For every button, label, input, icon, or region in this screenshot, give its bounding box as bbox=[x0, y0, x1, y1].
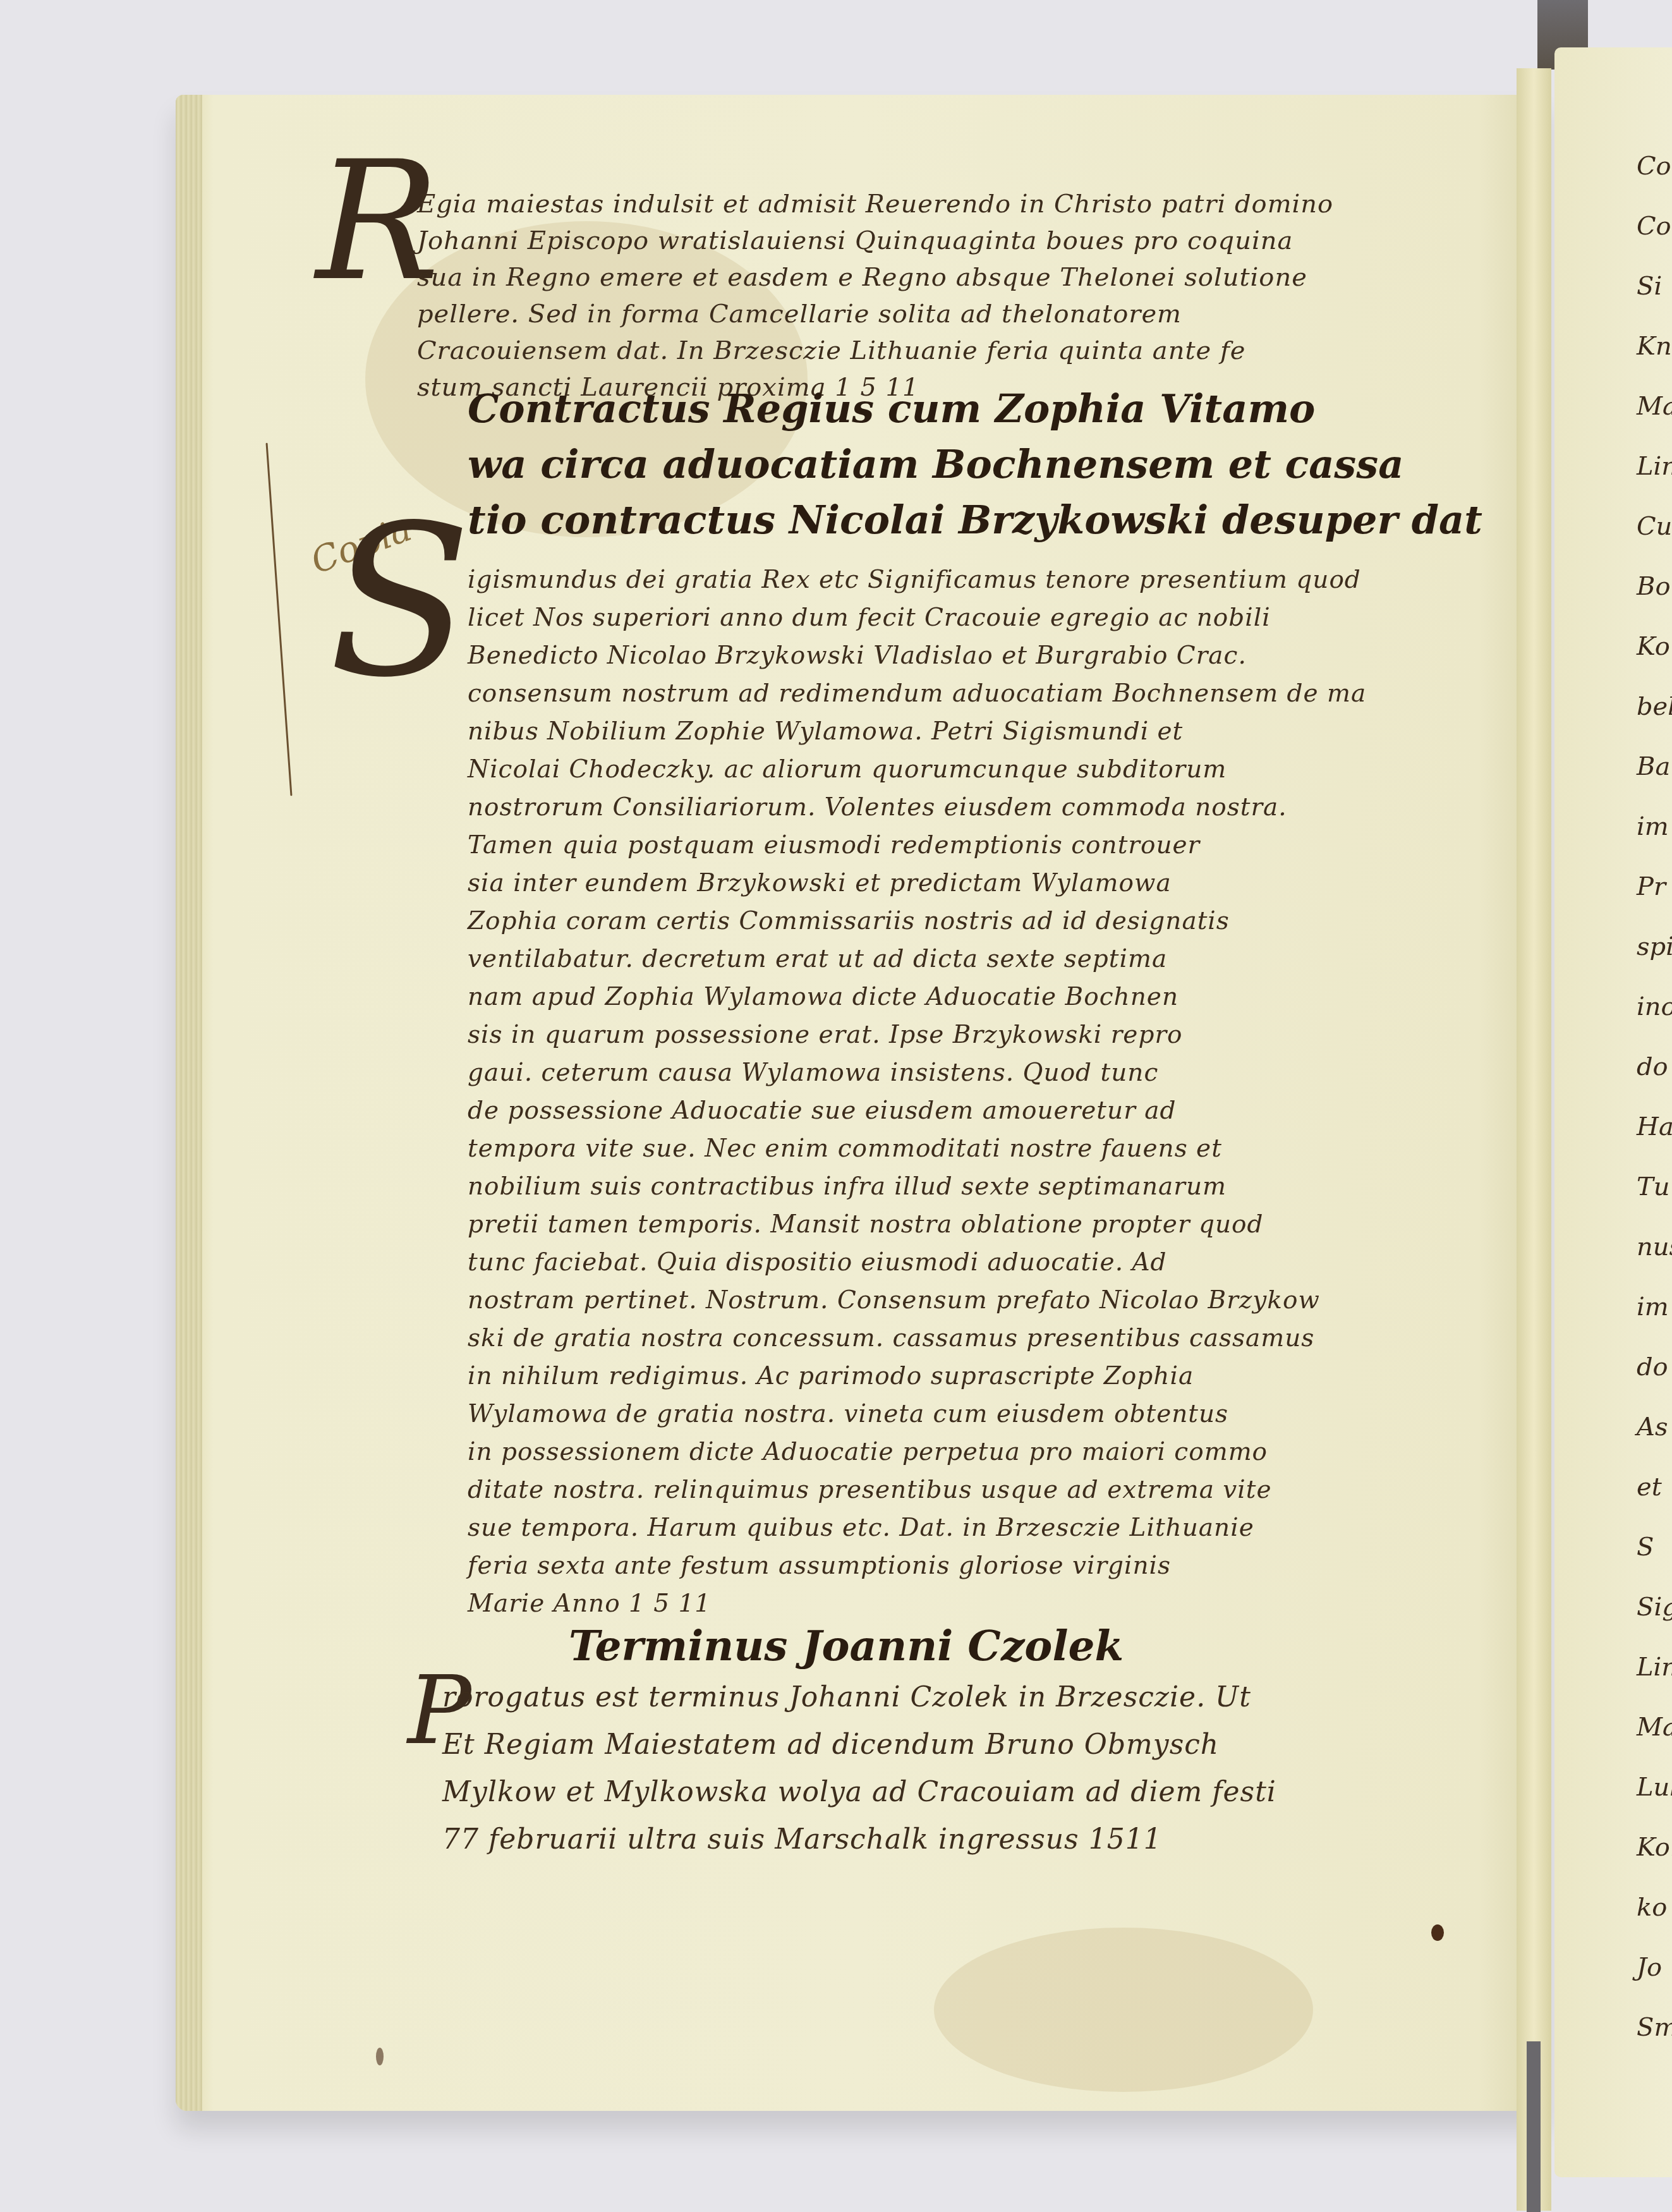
text-line: sis in quarum possessione erat. Ipse Brz… bbox=[468, 1021, 1183, 1049]
text-line: licet Nos superiori anno dum fecit Craco… bbox=[468, 604, 1271, 632]
ink-blot bbox=[376, 2048, 384, 2065]
facing-text-fragment: ino bbox=[1637, 992, 1672, 1021]
facing-text-fragment: Lin bbox=[1637, 452, 1672, 481]
facing-text-fragment: ko bbox=[1637, 1893, 1667, 1922]
facing-text-fragment: Sig bbox=[1637, 1593, 1672, 1622]
text-line: Johanni Episcopo wratislauiensi Quinquag… bbox=[417, 226, 1293, 255]
facing-text-fragment: Cu bbox=[1637, 512, 1672, 541]
text-line: feria sexta ante festum assumptionis glo… bbox=[468, 1552, 1171, 1580]
text-line: Wylamowa de gratia nostra. vineta cum ei… bbox=[468, 1400, 1228, 1428]
facing-text-fragment: Pr bbox=[1637, 872, 1666, 901]
facing-text-fragment: Jo bbox=[1637, 1953, 1662, 1982]
text-line: igismundus dei gratia Rex etc Significam… bbox=[468, 566, 1361, 594]
stain bbox=[934, 1928, 1313, 2092]
text-line: nostrorum Consiliariorum. Volentes eiusd… bbox=[468, 793, 1287, 822]
text-line: sue tempora. Harum quibus etc. Dat. in B… bbox=[468, 1514, 1254, 1542]
text-line: Et Regiam Maiestatem ad dicendum Bruno O… bbox=[442, 1729, 1219, 1761]
text-line: sia inter eundem Brzykowski et predictam… bbox=[468, 869, 1172, 897]
text-line: in nihilum redigimus. Ac parimodo supras… bbox=[468, 1362, 1194, 1390]
facing-text-fragment: Sm bbox=[1637, 2013, 1672, 2042]
facing-text-fragment: Co bbox=[1637, 212, 1671, 241]
facing-text-fragment: Lin bbox=[1637, 1653, 1672, 1682]
facing-text-fragment: Kon bbox=[1637, 1833, 1672, 1862]
drop-initial-s: S bbox=[329, 480, 471, 723]
text-line: tempora vite sue. Nec enim commoditati n… bbox=[468, 1134, 1222, 1163]
entry-3-heading: Terminus Joanni Czolek bbox=[569, 1621, 1124, 1670]
facing-text-fragment: et bbox=[1637, 1473, 1662, 1502]
text-line: gaui. ceterum causa Wylamowa insistens. … bbox=[468, 1059, 1158, 1087]
text-line: Cracouiensem dat. In Brzesczie Lithuanie… bbox=[417, 336, 1245, 365]
facing-text-fragment: nus bbox=[1637, 1232, 1672, 1261]
text-line: nobilium suis contractibus infra illud s… bbox=[468, 1172, 1227, 1201]
text-line: Egia maiestas indulsit et admisit Reuere… bbox=[417, 190, 1333, 219]
text-line: nostram pertinet. Nostrum. Consensum pre… bbox=[468, 1286, 1320, 1315]
facing-text-fragment: Co bbox=[1637, 152, 1671, 181]
text-line: de possessione Aduocatie sue eiusdem amo… bbox=[468, 1097, 1176, 1125]
facing-text-fragment: spi bbox=[1637, 932, 1672, 961]
text-line: 77 februarii ultra suis Marschalk ingres… bbox=[442, 1823, 1162, 1856]
facing-text-fragment: S bbox=[1637, 1533, 1654, 1562]
facing-text-fragment: im bbox=[1637, 1292, 1669, 1322]
text-line: Marie Anno 1 5 11 bbox=[468, 1589, 711, 1618]
ink-blot bbox=[1431, 1924, 1444, 1941]
text-line: nam apud Zophia Wylamowa dicte Aduocatie… bbox=[468, 983, 1178, 1011]
facing-text-fragment: Bo bbox=[1637, 572, 1670, 601]
text-line: rorogatus est terminus Johanni Czolek in… bbox=[442, 1681, 1251, 1713]
text-line: in possessionem dicte Aduocatie perpetua… bbox=[468, 1438, 1268, 1466]
text-line: sua in Regno emere et easdem e Regno abs… bbox=[417, 263, 1307, 292]
text-line: ventilabatur. decretum erat ut ad dicta … bbox=[468, 945, 1167, 973]
facing-text-fragment: do bbox=[1637, 1352, 1668, 1382]
text-line: wa circa aduocatiam Bochnensem et cassa bbox=[468, 441, 1403, 487]
facing-text-fragment: Tu bbox=[1637, 1172, 1669, 1201]
text-line: Contractus Regius cum Zophia Vitamo bbox=[468, 386, 1315, 432]
text-line: nibus Nobilium Zophie Wylamowa. Petri Si… bbox=[468, 717, 1183, 746]
text-line: tio contractus Nicolai Brzykowski desupe… bbox=[468, 497, 1482, 543]
facing-text-fragment: im bbox=[1637, 812, 1669, 841]
facing-text-fragment: Si bbox=[1637, 272, 1662, 301]
text-line: Nicolai Chodeczky. ac aliorum quorumcunq… bbox=[468, 755, 1227, 784]
text-line: tunc faciebat. Quia dispositio eiusmodi … bbox=[468, 1248, 1167, 1277]
facing-text-fragment: Kn bbox=[1637, 332, 1672, 361]
text-line: Benedicto Nicolao Brzykowski Vladislao e… bbox=[468, 641, 1247, 670]
facing-text-fragment: Lub bbox=[1637, 1773, 1672, 1802]
page-edge bbox=[176, 95, 202, 2111]
gutter bbox=[1517, 68, 1551, 2211]
facing-text-fragment: Ko bbox=[1637, 632, 1670, 661]
facing-text-fragment: do bbox=[1637, 1052, 1668, 1081]
facing-text-fragment: Ba bbox=[1637, 752, 1670, 781]
text-line: pellere. Sed in forma Camcellarie solita… bbox=[417, 300, 1182, 329]
text-line: Tamen quia postquam eiusmodi redemptioni… bbox=[468, 831, 1200, 860]
facing-text-fragment: Ma bbox=[1637, 1713, 1672, 1742]
facing-text-fragment: Ha bbox=[1637, 1112, 1672, 1141]
facing-text-fragment: bel bbox=[1637, 692, 1672, 721]
facing-text-fragment: Ma bbox=[1637, 392, 1672, 421]
text-line: consensum nostrum ad redimendum aduocati… bbox=[468, 679, 1366, 708]
text-line: Zophia coram certis Commissariis nostris… bbox=[468, 907, 1230, 935]
facing-text-fragment: As bbox=[1637, 1413, 1668, 1442]
text-line: Mylkow et Mylkowska wolya ad Cracouiam a… bbox=[442, 1776, 1276, 1808]
book-clip-bottom bbox=[1527, 2041, 1541, 2212]
text-line: ditate nostra. relinquimus presentibus u… bbox=[468, 1476, 1272, 1504]
text-line: ski de gratia nostra concessum. cassamus… bbox=[468, 1324, 1314, 1352]
text-line: pretii tamen temporis. Mansit nostra obl… bbox=[468, 1210, 1264, 1239]
